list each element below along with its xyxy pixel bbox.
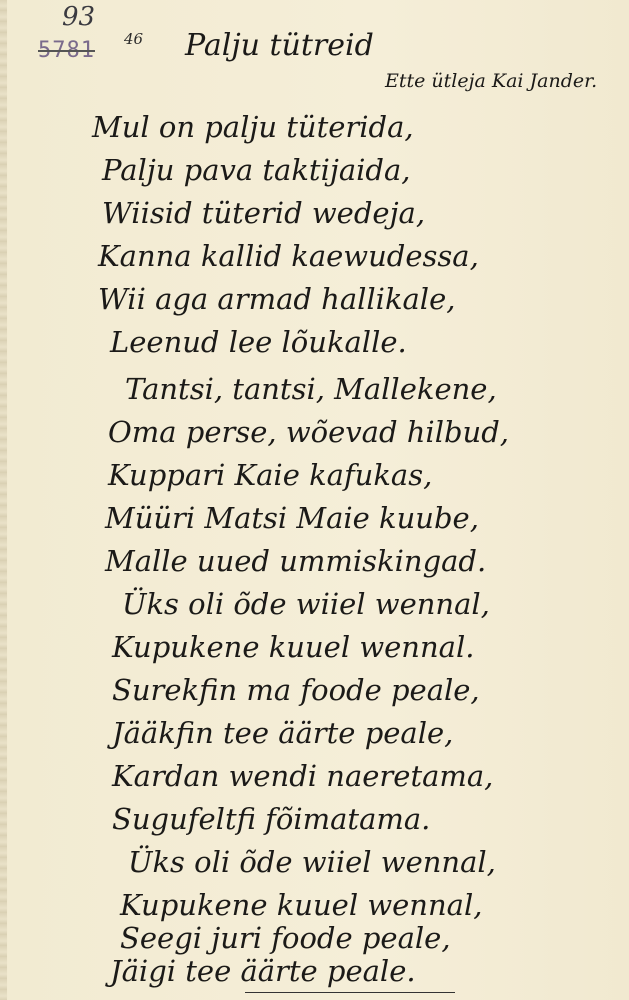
old-archive-superscript: 46: [124, 30, 143, 48]
poem-line: Wii aga armad hallikale,: [98, 282, 455, 316]
poem-line: Palju pava taktijaida,: [102, 153, 410, 187]
poem-line: Üks oli õde wiiel wennal,: [122, 587, 490, 621]
poem-line: Jäigi tee äärte peale.: [110, 954, 416, 988]
poem-line: Jääkfin tee äärte peale,: [112, 716, 453, 750]
poem-line: Surekfin ma foode peale,: [112, 673, 480, 707]
page-edge: [0, 0, 7, 1000]
poem-line: Kupukene kuuel wennal.: [112, 630, 474, 664]
poem-line: Kuppari Kaie kafukas,: [108, 458, 432, 492]
closing-underline: [245, 992, 455, 993]
poem-line: Mul on palju tüterida,: [92, 110, 414, 144]
manuscript-page: ​ 93 5781 46 Palju tütreid Ette ütleja K…: [0, 0, 629, 1000]
poem-line: Kanna kallid kaewudessa,: [98, 239, 479, 273]
poem-line: Seegi juri foode peale,: [120, 921, 451, 955]
poem-line: Müüri Matsi Maie kuube,: [105, 501, 479, 535]
poem-line: Sugufeltfi fõimatama.: [112, 802, 430, 836]
poem-line: Kardan wendi naeretama,: [112, 759, 493, 793]
poem-line: Tantsi, tantsi, Mallekene,: [125, 372, 497, 406]
poem-title: Palju tütreid: [185, 28, 374, 63]
archive-number: 93: [62, 2, 95, 32]
poem-line: Kupukene kuuel wennal,: [120, 888, 482, 922]
informant-note: Ette ütleja Kai Jander.: [385, 70, 597, 92]
old-archive-stamp: 5781: [38, 38, 95, 63]
poem-line: Oma perse, wõevad hilbud,: [108, 415, 509, 449]
poem-line: Malle uued ummiskingad.: [105, 544, 486, 578]
poem-line: Wiisid tüterid wedeja,: [102, 196, 425, 230]
poem-line: Leenud lee lõukalle.: [110, 325, 407, 359]
poem-line: Üks oli õde wiiel wennal,: [128, 845, 496, 879]
